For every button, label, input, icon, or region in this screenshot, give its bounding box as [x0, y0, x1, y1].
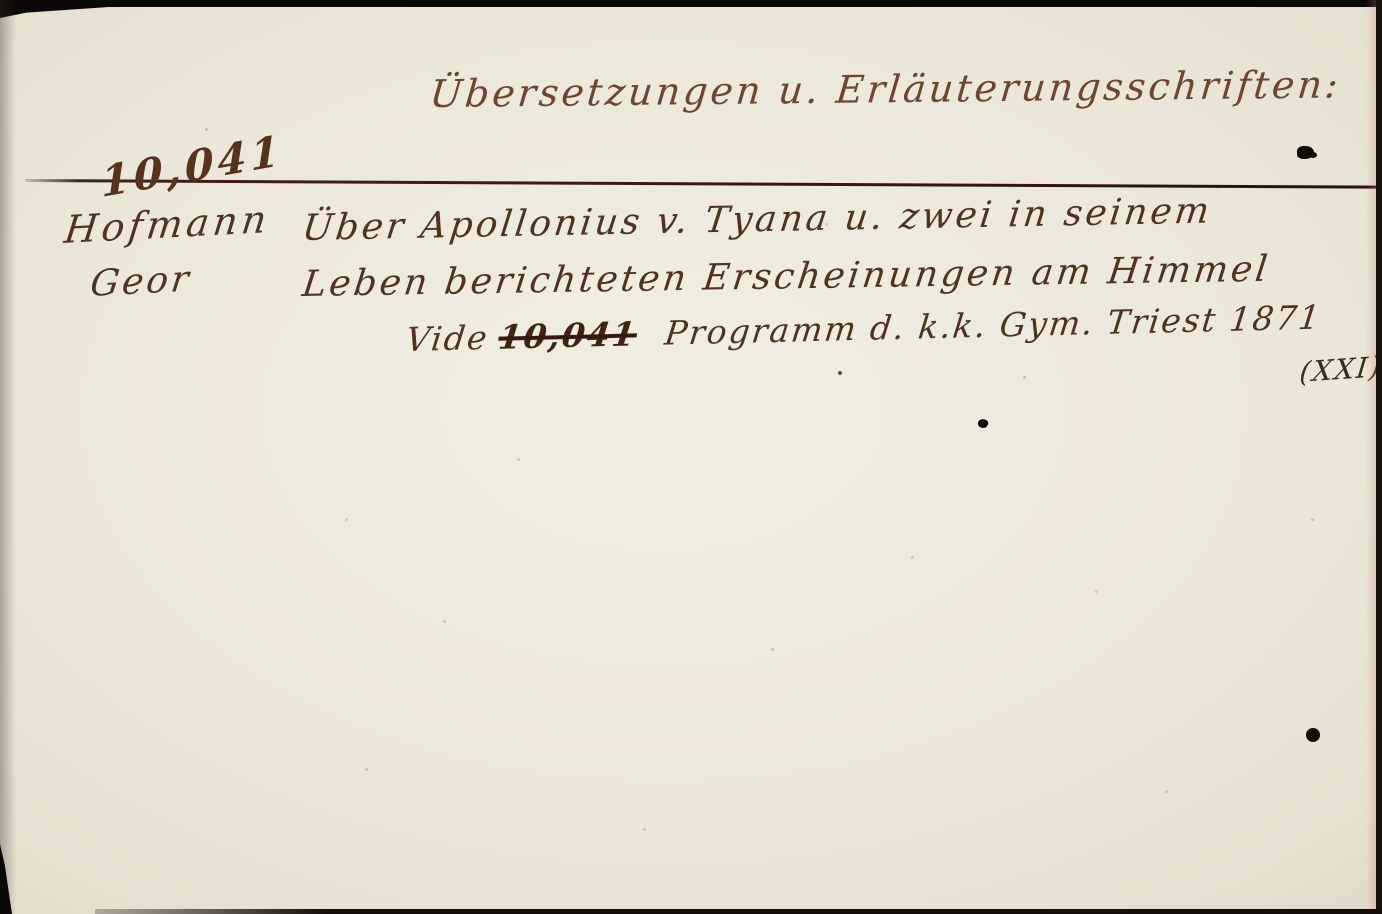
crossed-out-number: 10,041 [496, 314, 639, 357]
scanned-catalog-card: Übersetzungen u. Erläuterungsschriften: … [0, 0, 1382, 914]
reference-line: Vide10,041Programm d. k.k. Gym. Triest 1… [404, 298, 1324, 359]
ink-blot-bottom-right [1306, 728, 1320, 742]
ink-speck-small [838, 371, 842, 375]
scan-edge-top [0, 0, 1382, 7]
paper-texture-specks [205, 128, 208, 131]
author-first-name: Geor [88, 258, 194, 305]
ink-blot-top-right [1297, 146, 1314, 159]
scan-edge-left-shadow [0, 0, 16, 914]
reference-source: Programm d. k.k. Gym. Triest 1871 [663, 298, 1324, 353]
author-last-name: Hofmann [62, 197, 273, 252]
entry-title-line-2: Leben berichteten Erscheinungen am Himme… [300, 249, 1272, 305]
scan-edge-right-tint [1366, 0, 1376, 914]
card-heading: Übersetzungen u. Erläuterungsschriften: [428, 62, 1343, 116]
vide-label: Vide [404, 318, 491, 359]
scan-edge-right [1376, 0, 1382, 914]
paper-background: Übersetzungen u. Erläuterungsschriften: … [0, 0, 1382, 914]
catalog-number: 10,041 [100, 125, 284, 207]
entry-title-line-1: Über Apollonius v. Tyana u. zwei in sein… [300, 190, 1214, 249]
ink-speck-middle [977, 417, 990, 429]
scan-edge-bottom [95, 909, 1382, 914]
